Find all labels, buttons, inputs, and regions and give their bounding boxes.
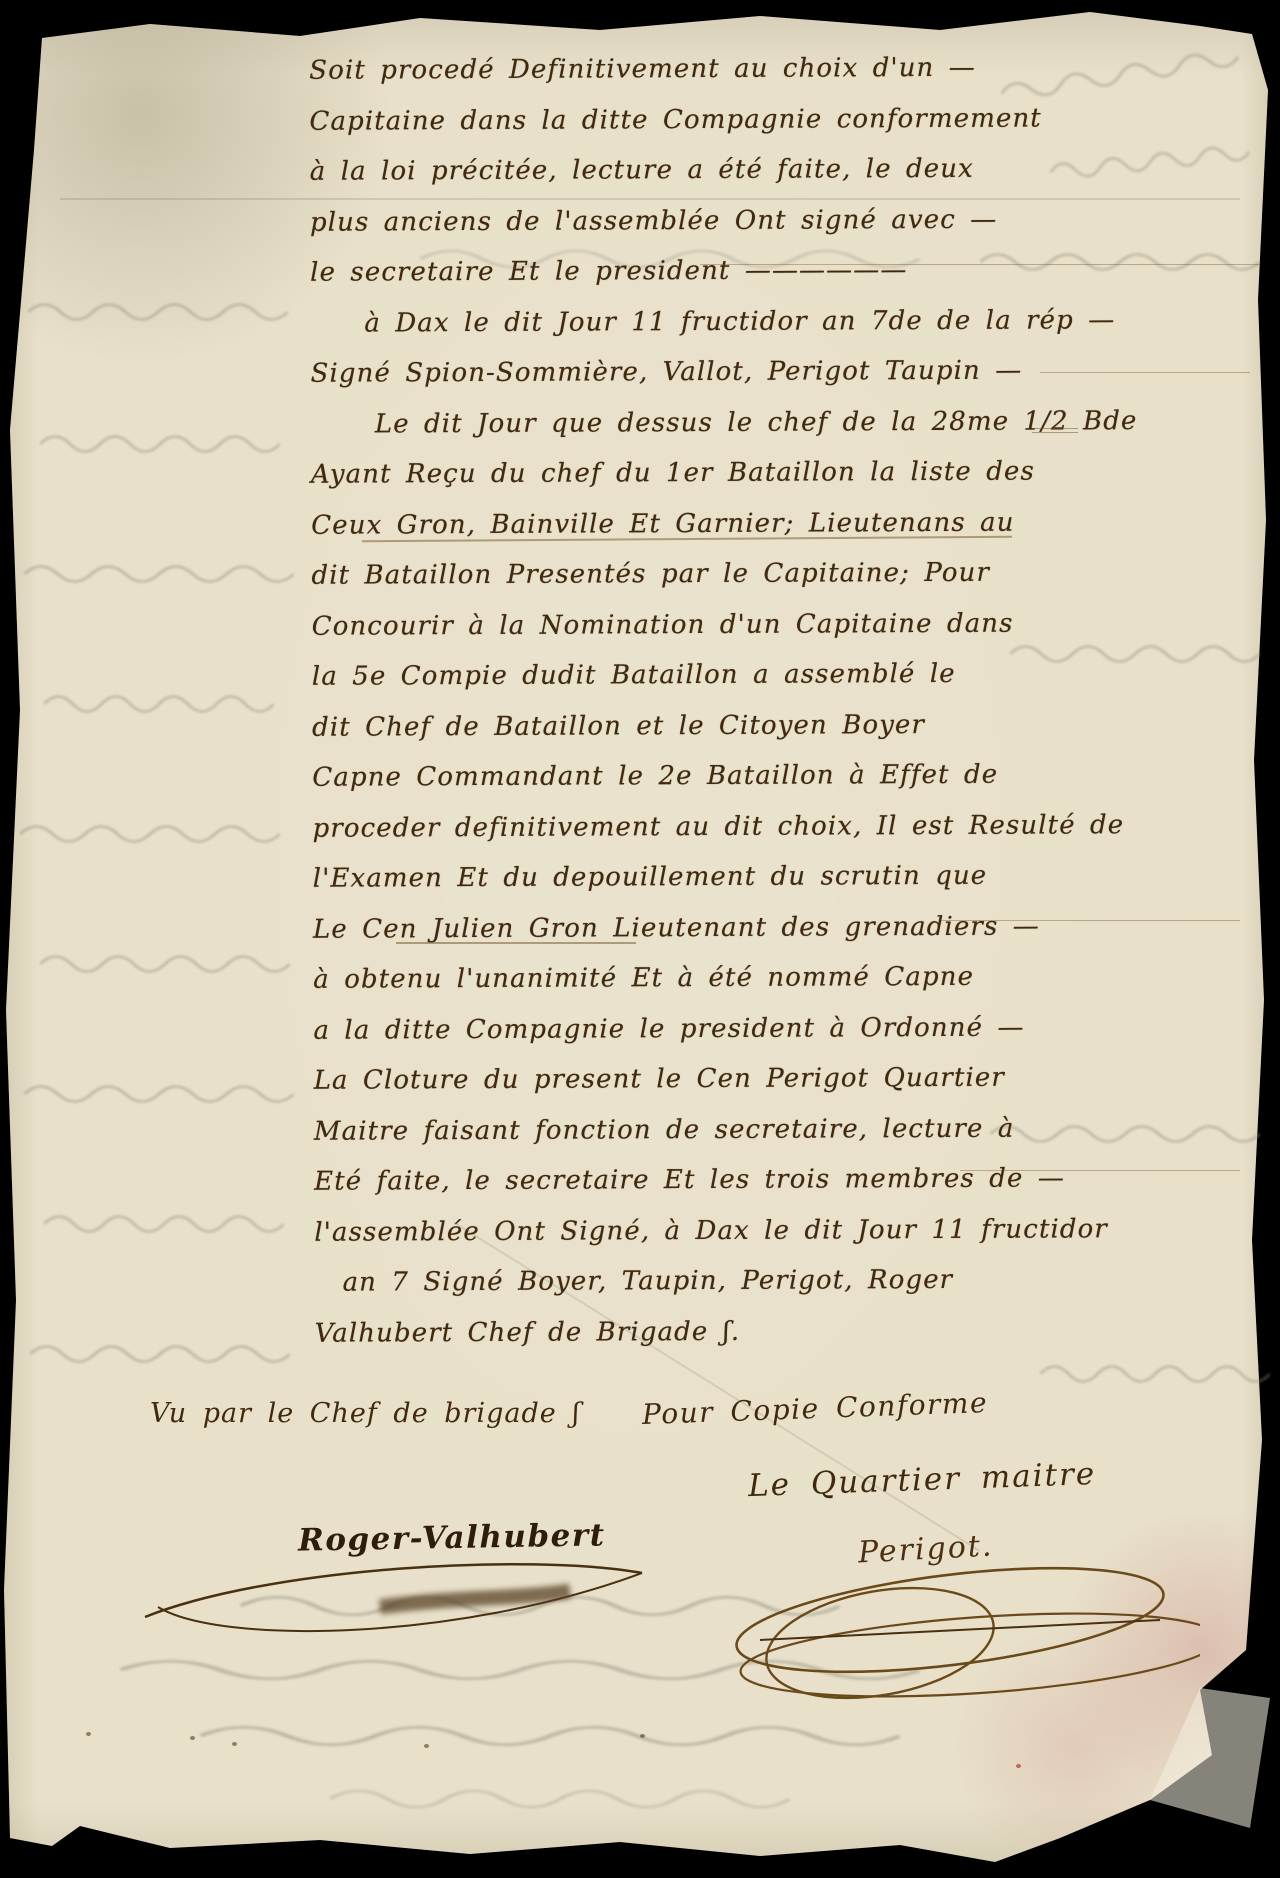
manuscript-line: à Dax le dit Jour 11 fructidor an 7de de… xyxy=(310,295,1090,349)
attestation-left: Vu par le Chef de brigade ʃ xyxy=(150,1398,581,1429)
bleedthrough-writing xyxy=(24,1082,294,1106)
ink-underline xyxy=(1032,428,1078,429)
ink-underline xyxy=(1032,432,1078,433)
pen-rule xyxy=(940,920,1240,921)
manuscript-line: an 7 Signé Boyer, Taupin, Perigot, Roger xyxy=(314,1254,1094,1308)
manuscript-line: l'Examen Et du depouillement du scrutin … xyxy=(313,850,1093,904)
manuscript-line: Soit procedé Definitivement au choix d'u… xyxy=(309,42,1089,96)
manuscript-line: la 5e Compie dudit Bataillon a assemblé … xyxy=(312,648,1092,702)
bleedthrough-writing xyxy=(44,692,274,716)
manuscript-line: Concourir à la Nomination d'un Capitaine… xyxy=(312,598,1092,652)
manuscript-line: Le dit Jour que dessus le chef de la 28m… xyxy=(311,396,1091,450)
manuscript-line: Maitre faisant fonction de secretaire, l… xyxy=(314,1103,1094,1157)
ink-underline xyxy=(396,942,636,944)
manuscript-line: dit Bataillon Presentés par le Capitaine… xyxy=(311,547,1091,601)
signature-flourish xyxy=(130,1545,670,1659)
manuscript-line: le secretaire Et le president —————— xyxy=(310,244,1090,298)
manuscript-line: proceder definitivement au dit choix, Il… xyxy=(312,800,1092,854)
manuscript-line: Eté faite, le secretaire Et les trois me… xyxy=(314,1153,1094,1207)
manuscript-line: Le Cen Julien Gron Lieutenant des grenad… xyxy=(313,901,1093,955)
bleedthrough-writing xyxy=(1040,1362,1270,1386)
manuscript-line: Valhubert Chef de Brigade ʃ. xyxy=(315,1305,1095,1359)
scanned-manuscript-page: { "page": { "background_color": "#000000… xyxy=(0,0,1280,1878)
bleedthrough-writing xyxy=(44,1212,284,1236)
manuscript-line: Capne Commandant le 2e Bataillon à Effet… xyxy=(312,749,1092,803)
pen-rule xyxy=(960,1170,1240,1171)
signature-flourish xyxy=(700,1565,1200,1729)
bleedthrough-writing xyxy=(20,822,280,846)
manuscript-line: à la loi précitée, lecture a été faite, … xyxy=(310,143,1090,197)
bleedthrough-writing xyxy=(30,1342,290,1366)
manuscript-line: Ceux Gron, Bainville Et Garnier; Lieuten… xyxy=(311,497,1091,551)
manuscript-body: Soit procedé Definitivement au choix d'u… xyxy=(309,42,1095,1358)
pen-rule xyxy=(700,264,1260,265)
bleedthrough-writing xyxy=(40,952,290,976)
manuscript-line: La Cloture du present le Cen Perigot Qua… xyxy=(314,1052,1094,1106)
bleedthrough-writing xyxy=(28,300,288,324)
manuscript-line: Ayant Reçu du chef du 1er Bataillon la l… xyxy=(311,446,1091,500)
manuscript-line: l'assemblée Ont Signé, à Dax le dit Jour… xyxy=(314,1204,1094,1258)
manuscript-line: à obtenu l'unanimité Et à été nommé Capn… xyxy=(313,951,1093,1005)
bleedthrough-writing xyxy=(40,432,280,456)
manuscript-line: a la ditte Compagnie le president à Ordo… xyxy=(313,1002,1093,1056)
manuscript-line: Capitaine dans la ditte Compagnie confor… xyxy=(309,93,1089,147)
manuscript-line: plus anciens de l'assemblée Ont signé av… xyxy=(310,194,1090,248)
pen-rule xyxy=(1040,372,1250,373)
bleedthrough-writing xyxy=(330,1786,790,1812)
manuscript-line: Signé Spion-Sommière, Vallot, Perigot Ta… xyxy=(310,345,1090,399)
manuscript-line: dit Chef de Bataillon et le Citoyen Boye… xyxy=(312,699,1092,753)
bleedthrough-writing xyxy=(24,562,294,586)
